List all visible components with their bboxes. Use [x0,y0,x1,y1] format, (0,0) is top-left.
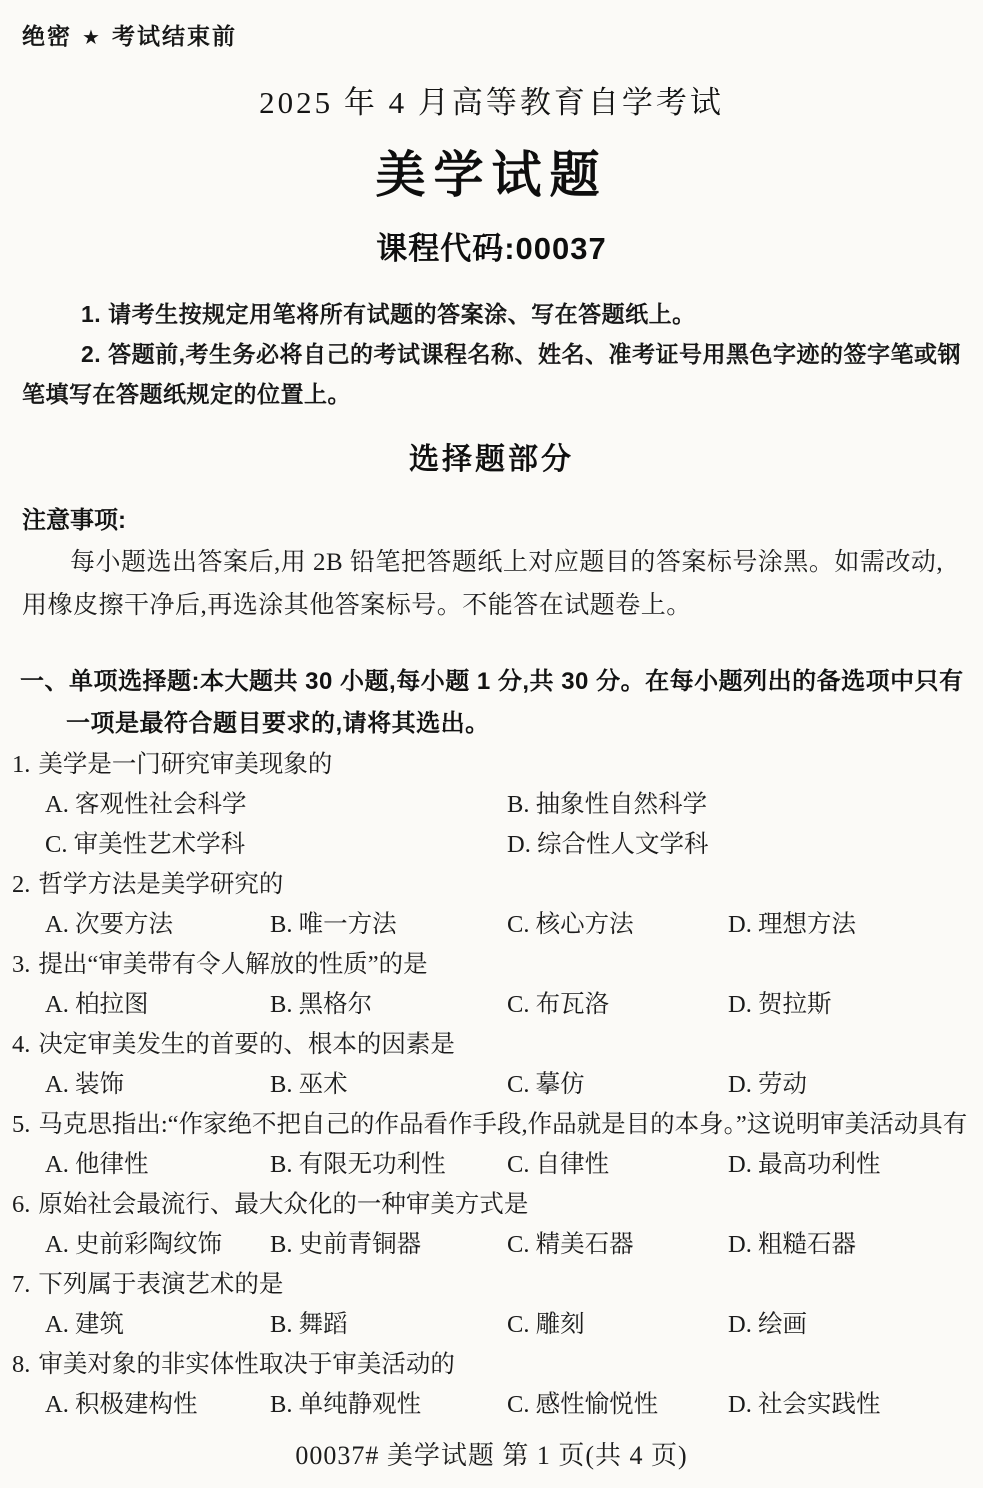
option-a: A. 柏拉图 [45,985,270,1025]
instruction-item-2: 2. 答题前,考生务必将自己的考试课程名称、姓名、准考证号用黑色字迹的签字笔或钢… [22,334,963,414]
question-line: 7.下列属于表演艺术的是 [12,1265,975,1305]
question-text: 决定审美发生的首要的、根本的因素是 [38,1031,455,1058]
option-c: C. 精美石器 [507,1225,728,1265]
question-block-7: 7.下列属于表演艺术的是 A. 建筑 B. 舞蹈 C. 雕刻 D. 绘画 [12,1265,975,1345]
question-text: 审美对象的非实体性取决于审美活动的 [38,1351,455,1378]
option-b: B. 舞蹈 [270,1305,507,1345]
option-row: A. 柏拉图 B. 黑格尔 C. 布瓦洛 D. 贺拉斯 [12,985,975,1025]
exam-subject-title: 美学试题 [0,146,983,204]
option-b: B. 巫术 [270,1065,507,1105]
option-d: D. 最高功利性 [728,1145,975,1185]
question-number: 5. [12,1111,30,1138]
question-block-1: 1.美学是一门研究审美现象的 A. 客观性社会科学 B. 抽象性自然科学 C. … [12,745,975,865]
question-text: 马克思指出:“作家绝不把自己的作品看作手段,作品就是目的本身。”这说明审美活动具… [38,1111,967,1138]
notice-body: 每小题选出答案后,用 2B 铅笔把答题纸上对应题目的答案标号涂黑。如需改动,用橡… [22,541,963,627]
question-text: 提出“审美带有令人解放的性质”的是 [38,951,427,978]
question-line: 5.马克思指出:“作家绝不把自己的作品看作手段,作品就是目的本身。”这说明审美活… [12,1105,975,1145]
option-b: B. 单纯静观性 [270,1385,507,1425]
option-c: C. 审美性艺术学科 [45,825,507,865]
question-block-4: 4.决定审美发生的首要的、根本的因素是 A. 装饰 B. 巫术 C. 摹仿 D.… [12,1025,975,1105]
option-b: B. 抽象性自然科学 [507,785,975,825]
question-number: 8. [12,1351,30,1378]
question-text: 下列属于表演艺术的是 [38,1271,283,1298]
question-number: 7. [12,1271,30,1298]
question-list: 1.美学是一门研究审美现象的 A. 客观性社会科学 B. 抽象性自然科学 C. … [12,745,975,1425]
question-number: 6. [12,1191,30,1218]
option-row: A. 装饰 B. 巫术 C. 摹仿 D. 劳动 [12,1065,975,1105]
question-line: 1.美学是一门研究审美现象的 [12,745,975,785]
general-instructions: 1. 请考生按规定用笔将所有试题的答案涂、写在答题纸上。 2. 答题前,考生务必… [22,294,963,414]
option-d: D. 社会实践性 [728,1385,975,1425]
notice-heading: 注意事项: [22,504,983,538]
option-b: B. 唯一方法 [270,905,507,945]
option-c: C. 核心方法 [507,905,728,945]
course-code: 课程代码:00037 [0,230,983,268]
option-c: C. 雕刻 [507,1305,728,1345]
option-b: B. 有限无功利性 [270,1145,507,1185]
option-b: B. 史前青铜器 [270,1225,507,1265]
question-text: 原始社会最流行、最大众化的一种审美方式是 [38,1191,528,1218]
section-title: 选择题部分 [0,440,983,480]
exam-session-title: 2025 年 4 月高等教育自学考试 [0,84,983,122]
question-block-3: 3.提出“审美带有令人解放的性质”的是 A. 柏拉图 B. 黑格尔 C. 布瓦洛… [12,945,975,1025]
question-line: 4.决定审美发生的首要的、根本的因素是 [12,1025,975,1065]
question-block-5: 5.马克思指出:“作家绝不把自己的作品看作手段,作品就是目的本身。”这说明审美活… [12,1105,975,1185]
option-a: A. 史前彩陶纹饰 [45,1225,270,1265]
question-block-8: 8.审美对象的非实体性取决于审美活动的 A. 积极建构性 B. 单纯静观性 C.… [12,1345,975,1425]
option-a: A. 他律性 [45,1145,270,1185]
question-text: 哲学方法是美学研究的 [38,871,283,898]
question-block-2: 2.哲学方法是美学研究的 A. 次要方法 B. 唯一方法 C. 核心方法 D. … [12,865,975,945]
option-a: A. 装饰 [45,1065,270,1105]
question-number: 4. [12,1031,30,1058]
question-number: 3. [12,951,30,978]
option-row: A. 他律性 B. 有限无功利性 C. 自律性 D. 最高功利性 [12,1145,975,1185]
question-line: 8.审美对象的非实体性取决于审美活动的 [12,1345,975,1385]
option-c: C. 布瓦洛 [507,985,728,1025]
option-row: A. 建筑 B. 舞蹈 C. 雕刻 D. 绘画 [12,1305,975,1345]
option-b: B. 黑格尔 [270,985,507,1025]
question-block-6: 6.原始社会最流行、最大众化的一种审美方式是 A. 史前彩陶纹饰 B. 史前青铜… [12,1185,975,1265]
option-d: D. 绘画 [728,1305,975,1345]
option-d: D. 粗糙石器 [728,1225,975,1265]
option-c: C. 摹仿 [507,1065,728,1105]
question-line: 6.原始社会最流行、最大众化的一种审美方式是 [12,1185,975,1225]
option-c: C. 自律性 [507,1145,728,1185]
option-d: D. 理想方法 [728,905,975,945]
option-a: A. 次要方法 [45,905,270,945]
option-a: A. 积极建构性 [45,1385,270,1425]
question-line: 3.提出“审美带有令人解放的性质”的是 [12,945,975,985]
question-number: 1. [12,751,30,778]
option-c: C. 感性愉悦性 [507,1385,728,1425]
option-d: D. 劳动 [728,1065,975,1105]
option-d: D. 综合性人文学科 [507,825,975,865]
part1-heading: 一、单项选择题:本大题共 30 小题,每小题 1 分,共 30 分。在每小题列出… [20,661,965,745]
page-footer: 00037# 美学试题 第 1 页(共 4 页) [0,1440,983,1472]
option-row: A. 积极建构性 B. 单纯静观性 C. 感性愉悦性 D. 社会实践性 [12,1385,975,1425]
option-row: A. 客观性社会科学 B. 抽象性自然科学 C. 审美性艺术学科 D. 综合性人… [12,785,975,865]
question-text: 美学是一门研究审美现象的 [38,751,332,778]
exam-timing-note: 考试结束前 [112,23,237,49]
option-a: A. 客观性社会科学 [45,785,507,825]
instruction-item-1: 1. 请考生按规定用笔将所有试题的答案涂、写在答题纸上。 [22,294,963,334]
security-header: 绝密★考试结束前 [22,18,983,46]
classification-label: 绝密 [22,23,72,49]
question-line: 2.哲学方法是美学研究的 [12,865,975,905]
option-row: A. 史前彩陶纹饰 B. 史前青铜器 C. 精美石器 D. 粗糙石器 [12,1225,975,1265]
exam-paper-page: 绝密★考试结束前 2025 年 4 月高等教育自学考试 美学试题 课程代码:00… [0,0,983,1488]
option-row: A. 次要方法 B. 唯一方法 C. 核心方法 D. 理想方法 [12,905,975,945]
star-icon: ★ [82,27,102,49]
question-number: 2. [12,871,30,898]
option-d: D. 贺拉斯 [728,985,975,1025]
option-a: A. 建筑 [45,1305,270,1345]
